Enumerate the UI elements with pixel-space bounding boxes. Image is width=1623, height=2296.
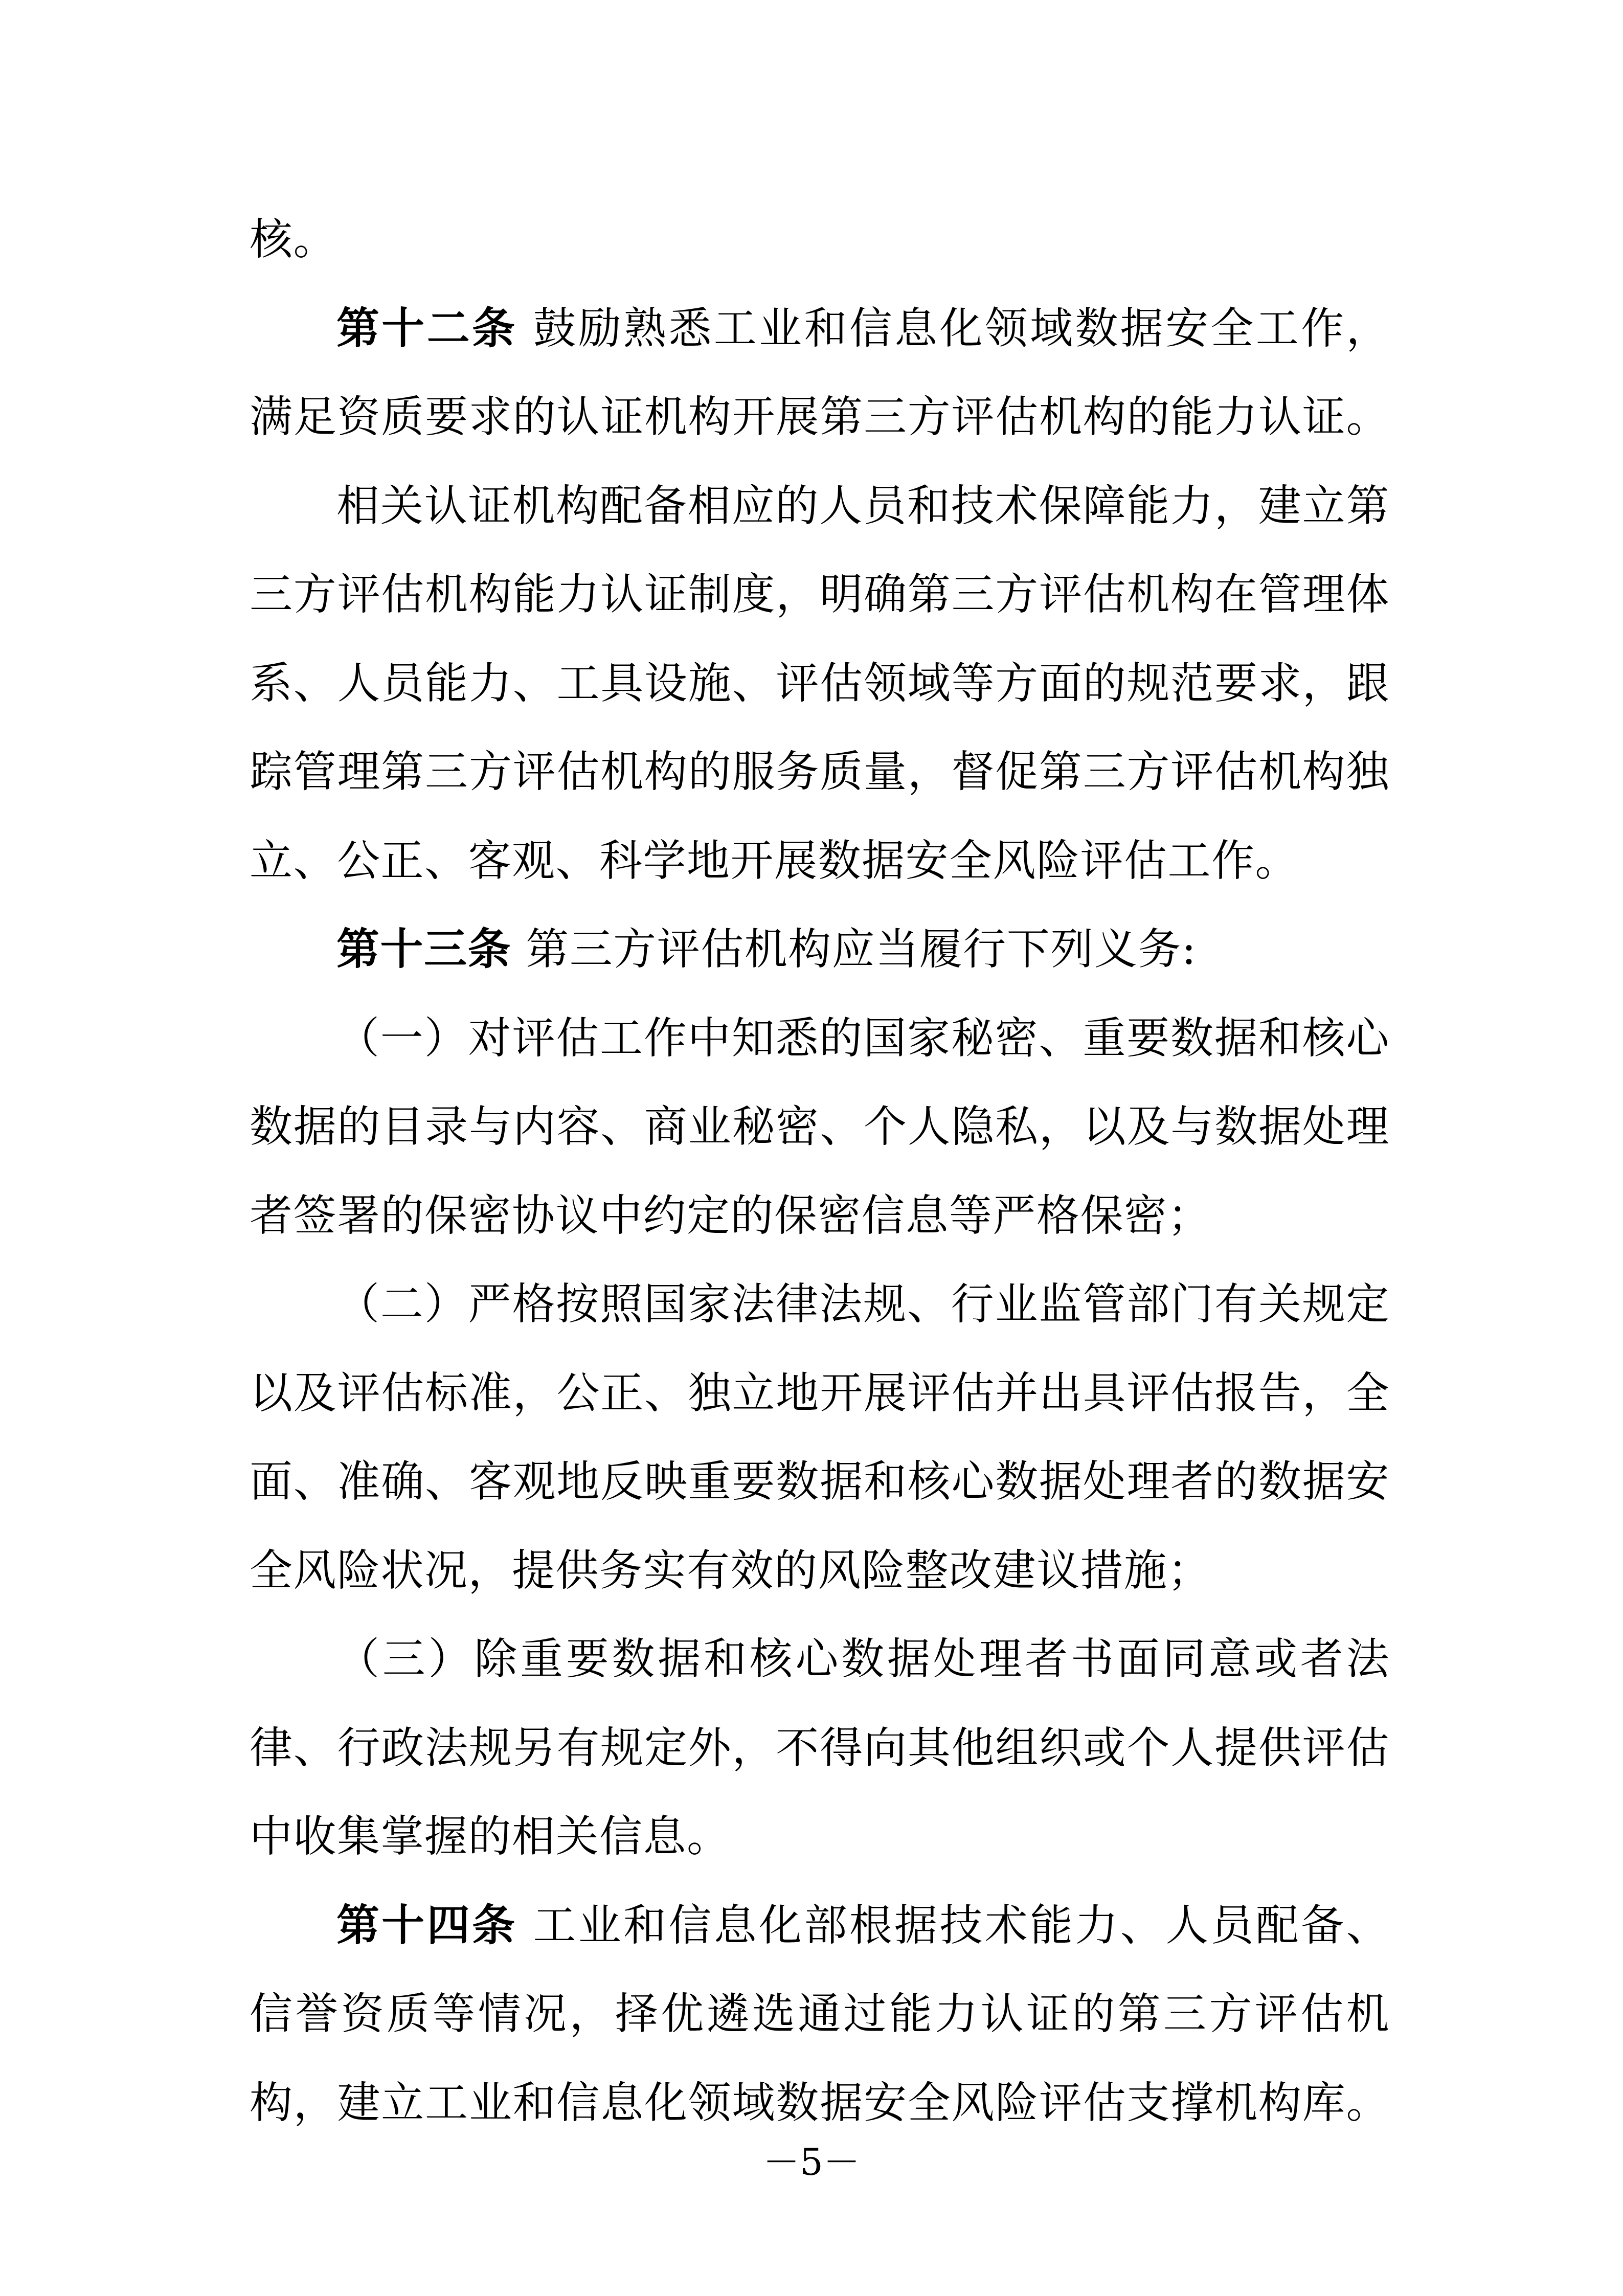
text-line: 构，建立工业和信息化领域数据安全风险评估支撑机构库。: [250, 2072, 1390, 2133]
line-text: 核。: [250, 214, 337, 264]
line-text: （一）对评估工作中知悉的国家秘密、重要数据和核心: [336, 1013, 1390, 1063]
article-label: 第十三条: [336, 924, 511, 974]
line-text: 面、准确、客观地反映重要数据和核心数据处理者的数据安: [250, 1456, 1390, 1506]
text-line: 全风险状况，提供务实有效的风险整改建议措施；: [250, 1540, 1390, 1601]
text-line: 者签署的保密协议中约定的保密信息等严格保密；: [250, 1185, 1390, 1246]
text-line: （三）除重要数据和核心数据处理者书面同意或者法: [250, 1628, 1390, 1690]
line-text: 三方评估机构能力认证制度，明确第三方评估机构在管理体: [250, 569, 1390, 619]
text-line: 以及评估标准，公正、独立地开展评估并出具评估报告，全: [250, 1362, 1390, 1424]
text-line: 律、行政法规另有规定外，不得向其他组织或个人提供评估: [250, 1717, 1390, 1779]
text-line: 三方评估机构能力认证制度，明确第三方评估机构在管理体: [250, 564, 1390, 625]
text-line: （二）严格按照国家法律法规、行业监管部门有关规定: [250, 1273, 1390, 1335]
text-line: 系、人员能力、工具设施、评估领域等方面的规范要求，跟: [250, 652, 1390, 714]
text-line: 信誉资质等情况，择优遴选通过能力认证的第三方评估机: [250, 1983, 1390, 2044]
document-page: 核。 第十二条 鼓励熟悉工业和信息化领域数据安全工作， 满足资质要求的认证机构开…: [0, 0, 1623, 2296]
line-text: 立、公正、客观、科学地开展数据安全风险评估工作。: [250, 836, 1299, 886]
text-line: 中收集掌握的相关信息。: [250, 1806, 1390, 1867]
article-13-heading-line: 第十三条 第三方评估机构应当履行下列义务:: [250, 918, 1390, 980]
text-line: 面、准确、客观地反映重要数据和核心数据处理者的数据安: [250, 1451, 1390, 1512]
article-12-heading-line: 第十二条 鼓励熟悉工业和信息化领域数据安全工作，: [250, 298, 1390, 359]
text-line: 踪管理第三方评估机构的服务质量，督促第三方评估机构独: [250, 741, 1390, 802]
line-text: （二）严格按照国家法律法规、行业监管部门有关规定: [336, 1279, 1390, 1329]
article-14-heading-line: 第十四条 工业和信息化部根据技术能力、人员配备、: [250, 1895, 1390, 1956]
line-text: 信誉资质等情况，择优遴选通过能力认证的第三方评估机: [250, 1989, 1390, 2039]
line-text: （三）除重要数据和核心数据处理者书面同意或者法: [336, 1634, 1390, 1684]
line-text: 鼓励熟悉工业和信息化领域数据安全工作，: [517, 303, 1390, 353]
line-text: 工业和信息化部根据技术能力、人员配备、: [517, 1900, 1390, 1950]
line-text: 数据的目录与内容、商业秘密、个人隐私，以及与数据处理: [250, 1101, 1390, 1152]
text-line: 满足资质要求的认证机构开展第三方评估机构的能力认证。: [250, 386, 1390, 447]
line-text: 满足资质要求的认证机构开展第三方评估机构的能力认证。: [250, 392, 1390, 442]
text-line: 立、公正、客观、科学地开展数据安全风险评估工作。: [250, 830, 1390, 891]
text-line: 数据的目录与内容、商业秘密、个人隐私，以及与数据处理: [250, 1096, 1390, 1157]
text-line: 核。: [250, 209, 1390, 270]
article-label: 第十二条: [336, 303, 517, 353]
line-text: 以及评估标准，公正、独立地开展评估并出具评估报告，全: [250, 1368, 1390, 1418]
line-text: 第三方评估机构应当履行下列义务:: [511, 924, 1197, 974]
line-text: 中收集掌握的相关信息。: [250, 1811, 731, 1861]
line-text: 全风险状况，提供务实有效的风险整改建议措施；: [250, 1545, 1211, 1595]
article-label: 第十四条: [336, 1900, 517, 1950]
text-line: 相关认证机构配备相应的人员和技术保障能力，建立第: [250, 475, 1390, 536]
line-text: 相关认证机构配备相应的人员和技术保障能力，建立第: [336, 481, 1390, 531]
line-text: 系、人员能力、工具设施、评估领域等方面的规范要求，跟: [250, 658, 1390, 708]
line-text: 踪管理第三方评估机构的服务质量，督促第三方评估机构独: [250, 747, 1390, 797]
line-text: 律、行政法规另有规定外，不得向其他组织或个人提供评估: [250, 1723, 1390, 1773]
line-text: 者签署的保密协议中约定的保密信息等严格保密；: [250, 1190, 1211, 1241]
page-number: －5－: [0, 2132, 1623, 2186]
line-text: 构，建立工业和信息化领域数据安全风险评估支撑机构库。: [250, 2078, 1390, 2128]
text-line: （一）对评估工作中知悉的国家秘密、重要数据和核心: [250, 1007, 1390, 1069]
